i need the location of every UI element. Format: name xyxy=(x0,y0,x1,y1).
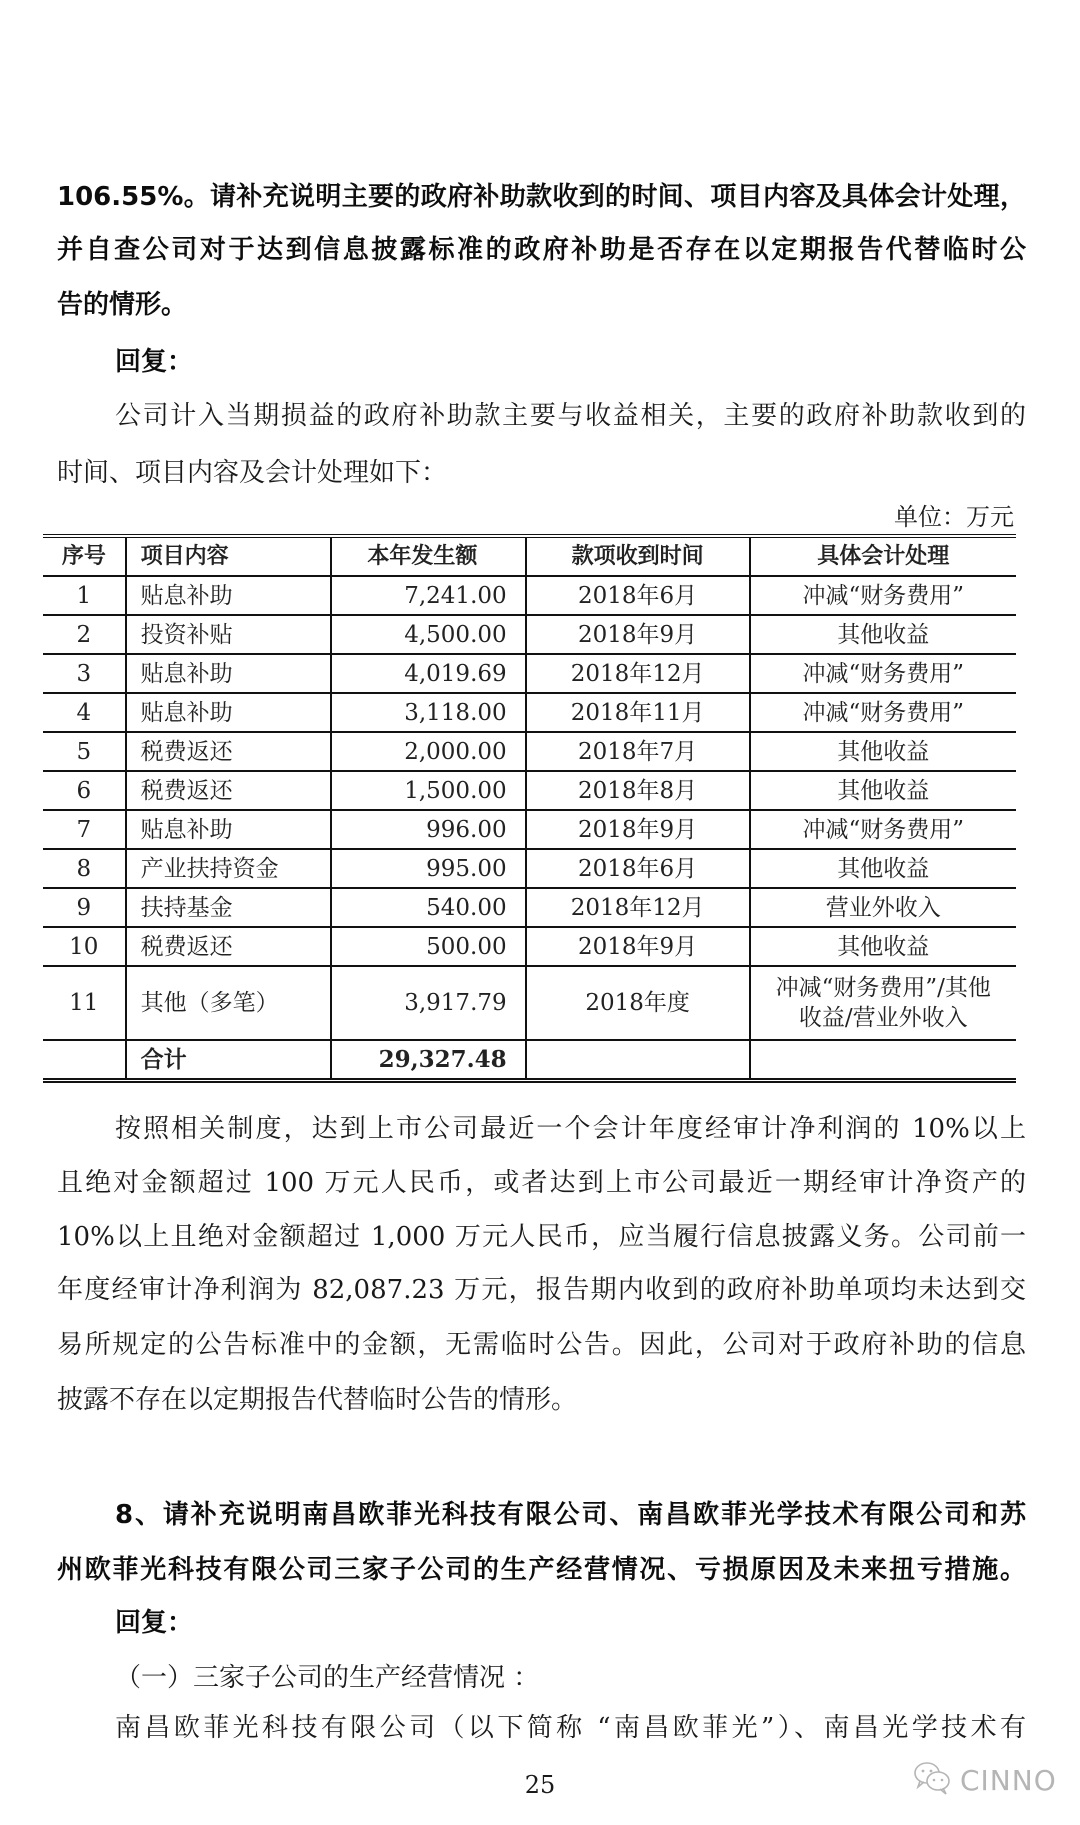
cell-date: 2018年7月 xyxy=(526,732,750,771)
cell-item: 贴息补助 xyxy=(126,810,331,849)
table-row: 2 投资补贴 4,500.00 2018年9月 其他收益 xyxy=(43,615,1016,654)
cell-treatment: 冲减“财务费用” xyxy=(750,693,1016,732)
question-line-2: 并自查公司对于达到信息披露标准的政府补助是否存在以定期报告代替临时公 xyxy=(57,230,1026,270)
cell-no-empty xyxy=(43,1040,126,1081)
cell-treatment: 冲减“财务费用” xyxy=(750,654,1016,693)
cell-amount: 7,241.00 xyxy=(331,576,526,615)
cell-amount: 2,000.00 xyxy=(331,732,526,771)
cell-amount: 3,118.00 xyxy=(331,693,526,732)
cell-no: 4 xyxy=(43,693,126,732)
cell-item: 税费返还 xyxy=(126,927,331,966)
cell-item: 贴息补助 xyxy=(126,693,331,732)
question8-line-2: 州欧菲光科技有限公司三家子公司的生产经营情况、亏损原因及未来扭亏措施。 xyxy=(57,1550,1026,1590)
cell-date: 2018年6月 xyxy=(526,576,750,615)
cell-treatment: 其他收益 xyxy=(750,771,1016,810)
table-total-row: 合计 29,327.48 xyxy=(43,1040,1016,1081)
question-line-3: 告的情形。 xyxy=(57,285,1026,325)
table-row: 9 扶持基金 540.00 2018年12月 营业外收入 xyxy=(43,888,1016,927)
cell-no: 11 xyxy=(43,966,126,1040)
header-amount: 本年发生额 xyxy=(331,536,526,576)
reply-line-2: 时间、项目内容及会计处理如下： xyxy=(57,453,1026,493)
cell-item: 产业扶持资金 xyxy=(126,849,331,888)
cell-item: 投资补贴 xyxy=(126,615,331,654)
disclosure-line-6: 披露不存在以定期报告代替临时公告的情形。 xyxy=(57,1380,1026,1420)
cell-amount: 4,019.69 xyxy=(331,654,526,693)
cell-item: 税费返还 xyxy=(126,732,331,771)
cell-no: 7 xyxy=(43,810,126,849)
cell-treatment: 冲减“财务费用” xyxy=(750,810,1016,849)
cell-amount: 3,917.79 xyxy=(331,966,526,1040)
cell-no: 3 xyxy=(43,654,126,693)
cell-treatment: 其他收益 xyxy=(750,849,1016,888)
cell-item: 贴息补助 xyxy=(126,654,331,693)
header-date: 款项收到时间 xyxy=(526,536,750,576)
cell-date: 2018年11月 xyxy=(526,693,750,732)
cell-item: 税费返还 xyxy=(126,771,331,810)
cell-treatment: 其他收益 xyxy=(750,732,1016,771)
cell-amount: 996.00 xyxy=(331,810,526,849)
cell-amount: 500.00 xyxy=(331,927,526,966)
cell-no: 10 xyxy=(43,927,126,966)
table-header-row: 序号 项目内容 本年发生额 款项收到时间 具体会计处理 xyxy=(43,536,1016,576)
cell-treatment-line-1: 冲减“财务费用”/其他 xyxy=(757,973,1010,1003)
cell-date: 2018年9月 xyxy=(526,615,750,654)
question-line-1: 106.55%。请补充说明主要的政府补助款收到的时间、项目内容及具体会计处理， xyxy=(57,177,1026,217)
cell-date: 2018年度 xyxy=(526,966,750,1040)
disclosure-line-3: 10%以上且绝对金额超过 1,000 万元人民币，应当履行信息披露义务。公司前一 xyxy=(57,1217,1026,1257)
table-row: 11 其他（多笔） 3,917.79 2018年度 冲减“财务费用”/其他 收益… xyxy=(43,966,1016,1040)
cell-amount: 540.00 xyxy=(331,888,526,927)
watermark: CINNO xyxy=(912,1760,1057,1800)
cell-no: 1 xyxy=(43,576,126,615)
cell-treatment: 冲减“财务费用”/其他 收益/营业外收入 xyxy=(750,966,1016,1040)
cell-empty xyxy=(526,1040,750,1081)
watermark-text: CINNO xyxy=(960,1764,1057,1797)
cell-item: 其他（多笔） xyxy=(126,966,331,1040)
table-row: 3 贴息补助 4,019.69 2018年12月 冲减“财务费用” xyxy=(43,654,1016,693)
table-row: 8 产业扶持资金 995.00 2018年6月 其他收益 xyxy=(43,849,1016,888)
table-row: 10 税费返还 500.00 2018年9月 其他收益 xyxy=(43,927,1016,966)
cell-no: 5 xyxy=(43,732,126,771)
cell-treatment: 其他收益 xyxy=(750,927,1016,966)
table-row: 1 贴息补助 7,241.00 2018年6月 冲减“财务费用” xyxy=(43,576,1016,615)
question8-body-line: 南昌欧菲光科技有限公司（以下简称 “南昌欧菲光”）、南昌光学技术有 xyxy=(115,1708,1026,1748)
total-label: 合计 xyxy=(126,1040,331,1081)
cell-date: 2018年6月 xyxy=(526,849,750,888)
total-amount: 29,327.48 xyxy=(331,1040,526,1081)
subsidy-table: 序号 项目内容 本年发生额 款项收到时间 具体会计处理 1 贴息补助 7,241… xyxy=(43,534,1016,1083)
question8-line-1: 8、请补充说明南昌欧菲光科技有限公司、南昌欧菲光学技术有限公司和苏 xyxy=(115,1495,1026,1535)
cell-amount: 4,500.00 xyxy=(331,615,526,654)
unit-label: 单位：万元 xyxy=(894,497,1014,537)
header-treatment: 具体会计处理 xyxy=(750,536,1016,576)
cell-date: 2018年12月 xyxy=(526,654,750,693)
cell-date: 2018年8月 xyxy=(526,771,750,810)
table-row: 7 贴息补助 996.00 2018年9月 冲减“财务费用” xyxy=(43,810,1016,849)
cell-no: 6 xyxy=(43,771,126,810)
cell-date: 2018年12月 xyxy=(526,888,750,927)
disclosure-line-1: 按照相关制度，达到上市公司最近一个会计年度经审计净利润的 10%以上 xyxy=(115,1109,1026,1149)
cell-treatment-line-2: 收益/营业外收入 xyxy=(757,1003,1010,1033)
cell-empty xyxy=(750,1040,1016,1081)
cell-item: 贴息补助 xyxy=(126,576,331,615)
cell-date: 2018年9月 xyxy=(526,810,750,849)
header-item: 项目内容 xyxy=(126,536,331,576)
disclosure-line-2: 且绝对金额超过 100 万元人民币，或者达到上市公司最近一期经审计净资产的 xyxy=(57,1163,1026,1203)
reply-line-1: 公司计入当期损益的政府补助款主要与收益相关，主要的政府补助款收到的 xyxy=(115,396,1026,436)
disclosure-line-4: 年度经审计净利润为 82,087.23 万元，报告期内收到的政府补助单项均未达到… xyxy=(57,1270,1026,1310)
cell-treatment: 冲减“财务费用” xyxy=(750,576,1016,615)
wechat-icon xyxy=(912,1760,952,1800)
table-row: 5 税费返还 2,000.00 2018年7月 其他收益 xyxy=(43,732,1016,771)
cell-no: 8 xyxy=(43,849,126,888)
reply-label: 回复： xyxy=(115,342,1026,382)
disclosure-line-5: 易所规定的公告标准中的金额，无需临时公告。因此，公司对于政府补助的信息 xyxy=(57,1325,1026,1365)
question8-subheading: （一）三家子公司的生产经营情况 ： xyxy=(115,1658,1026,1698)
cell-amount: 995.00 xyxy=(331,849,526,888)
cell-no: 9 xyxy=(43,888,126,927)
table-row: 6 税费返还 1,500.00 2018年8月 其他收益 xyxy=(43,771,1016,810)
header-no: 序号 xyxy=(43,536,126,576)
page-number: 25 xyxy=(520,1770,560,1800)
table-row: 4 贴息补助 3,118.00 2018年11月 冲减“财务费用” xyxy=(43,693,1016,732)
question8-reply-label: 回复： xyxy=(115,1603,1026,1643)
cell-date: 2018年9月 xyxy=(526,927,750,966)
cell-treatment: 营业外收入 xyxy=(750,888,1016,927)
cell-no: 2 xyxy=(43,615,126,654)
cell-treatment: 其他收益 xyxy=(750,615,1016,654)
cell-item: 扶持基金 xyxy=(126,888,331,927)
cell-amount: 1,500.00 xyxy=(331,771,526,810)
